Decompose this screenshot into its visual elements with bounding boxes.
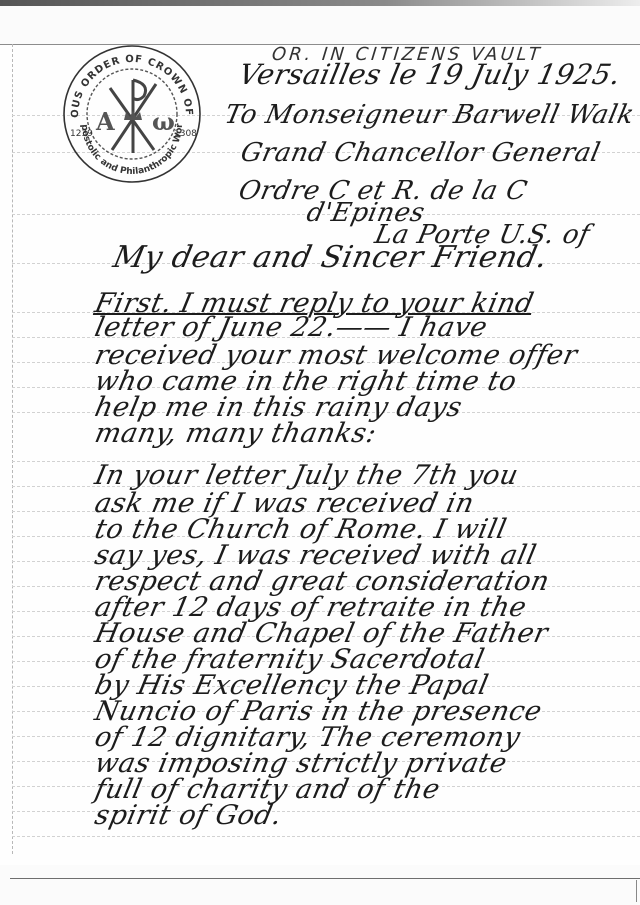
body-line: letter of June 22.—— I have [92,312,490,343]
scan-edge-band [0,0,640,6]
svg-text:A: A [95,107,115,136]
scan-edge-mark [636,880,637,902]
svg-text:1308: 1308 [174,129,197,139]
body-line: many, many thanks: [92,418,379,449]
margin-line [12,44,13,854]
svg-text:ω: ω [152,107,175,136]
salutation: My dear and Sincer Friend. [110,240,551,275]
dateline: Versailles le 19 July 1925. [236,58,624,91]
order-seal-stamp: THE FAMOUS ORDER OF CROWN OF THORNS Apos… [56,38,206,183]
page-bottom-edge [10,878,640,879]
address-line: Grand Chancellor General [238,138,603,168]
svg-text:1239: 1239 [70,129,93,139]
body-line: In your letter July the 7th you [92,460,521,491]
seal-icon: THE FAMOUS ORDER OF CROWN OF THORNS Apos… [56,38,206,183]
body-line: spirit of God. [92,800,285,831]
address-line: To Monseigneur Barwell Walk [222,100,637,130]
ruled-line [12,836,640,837]
